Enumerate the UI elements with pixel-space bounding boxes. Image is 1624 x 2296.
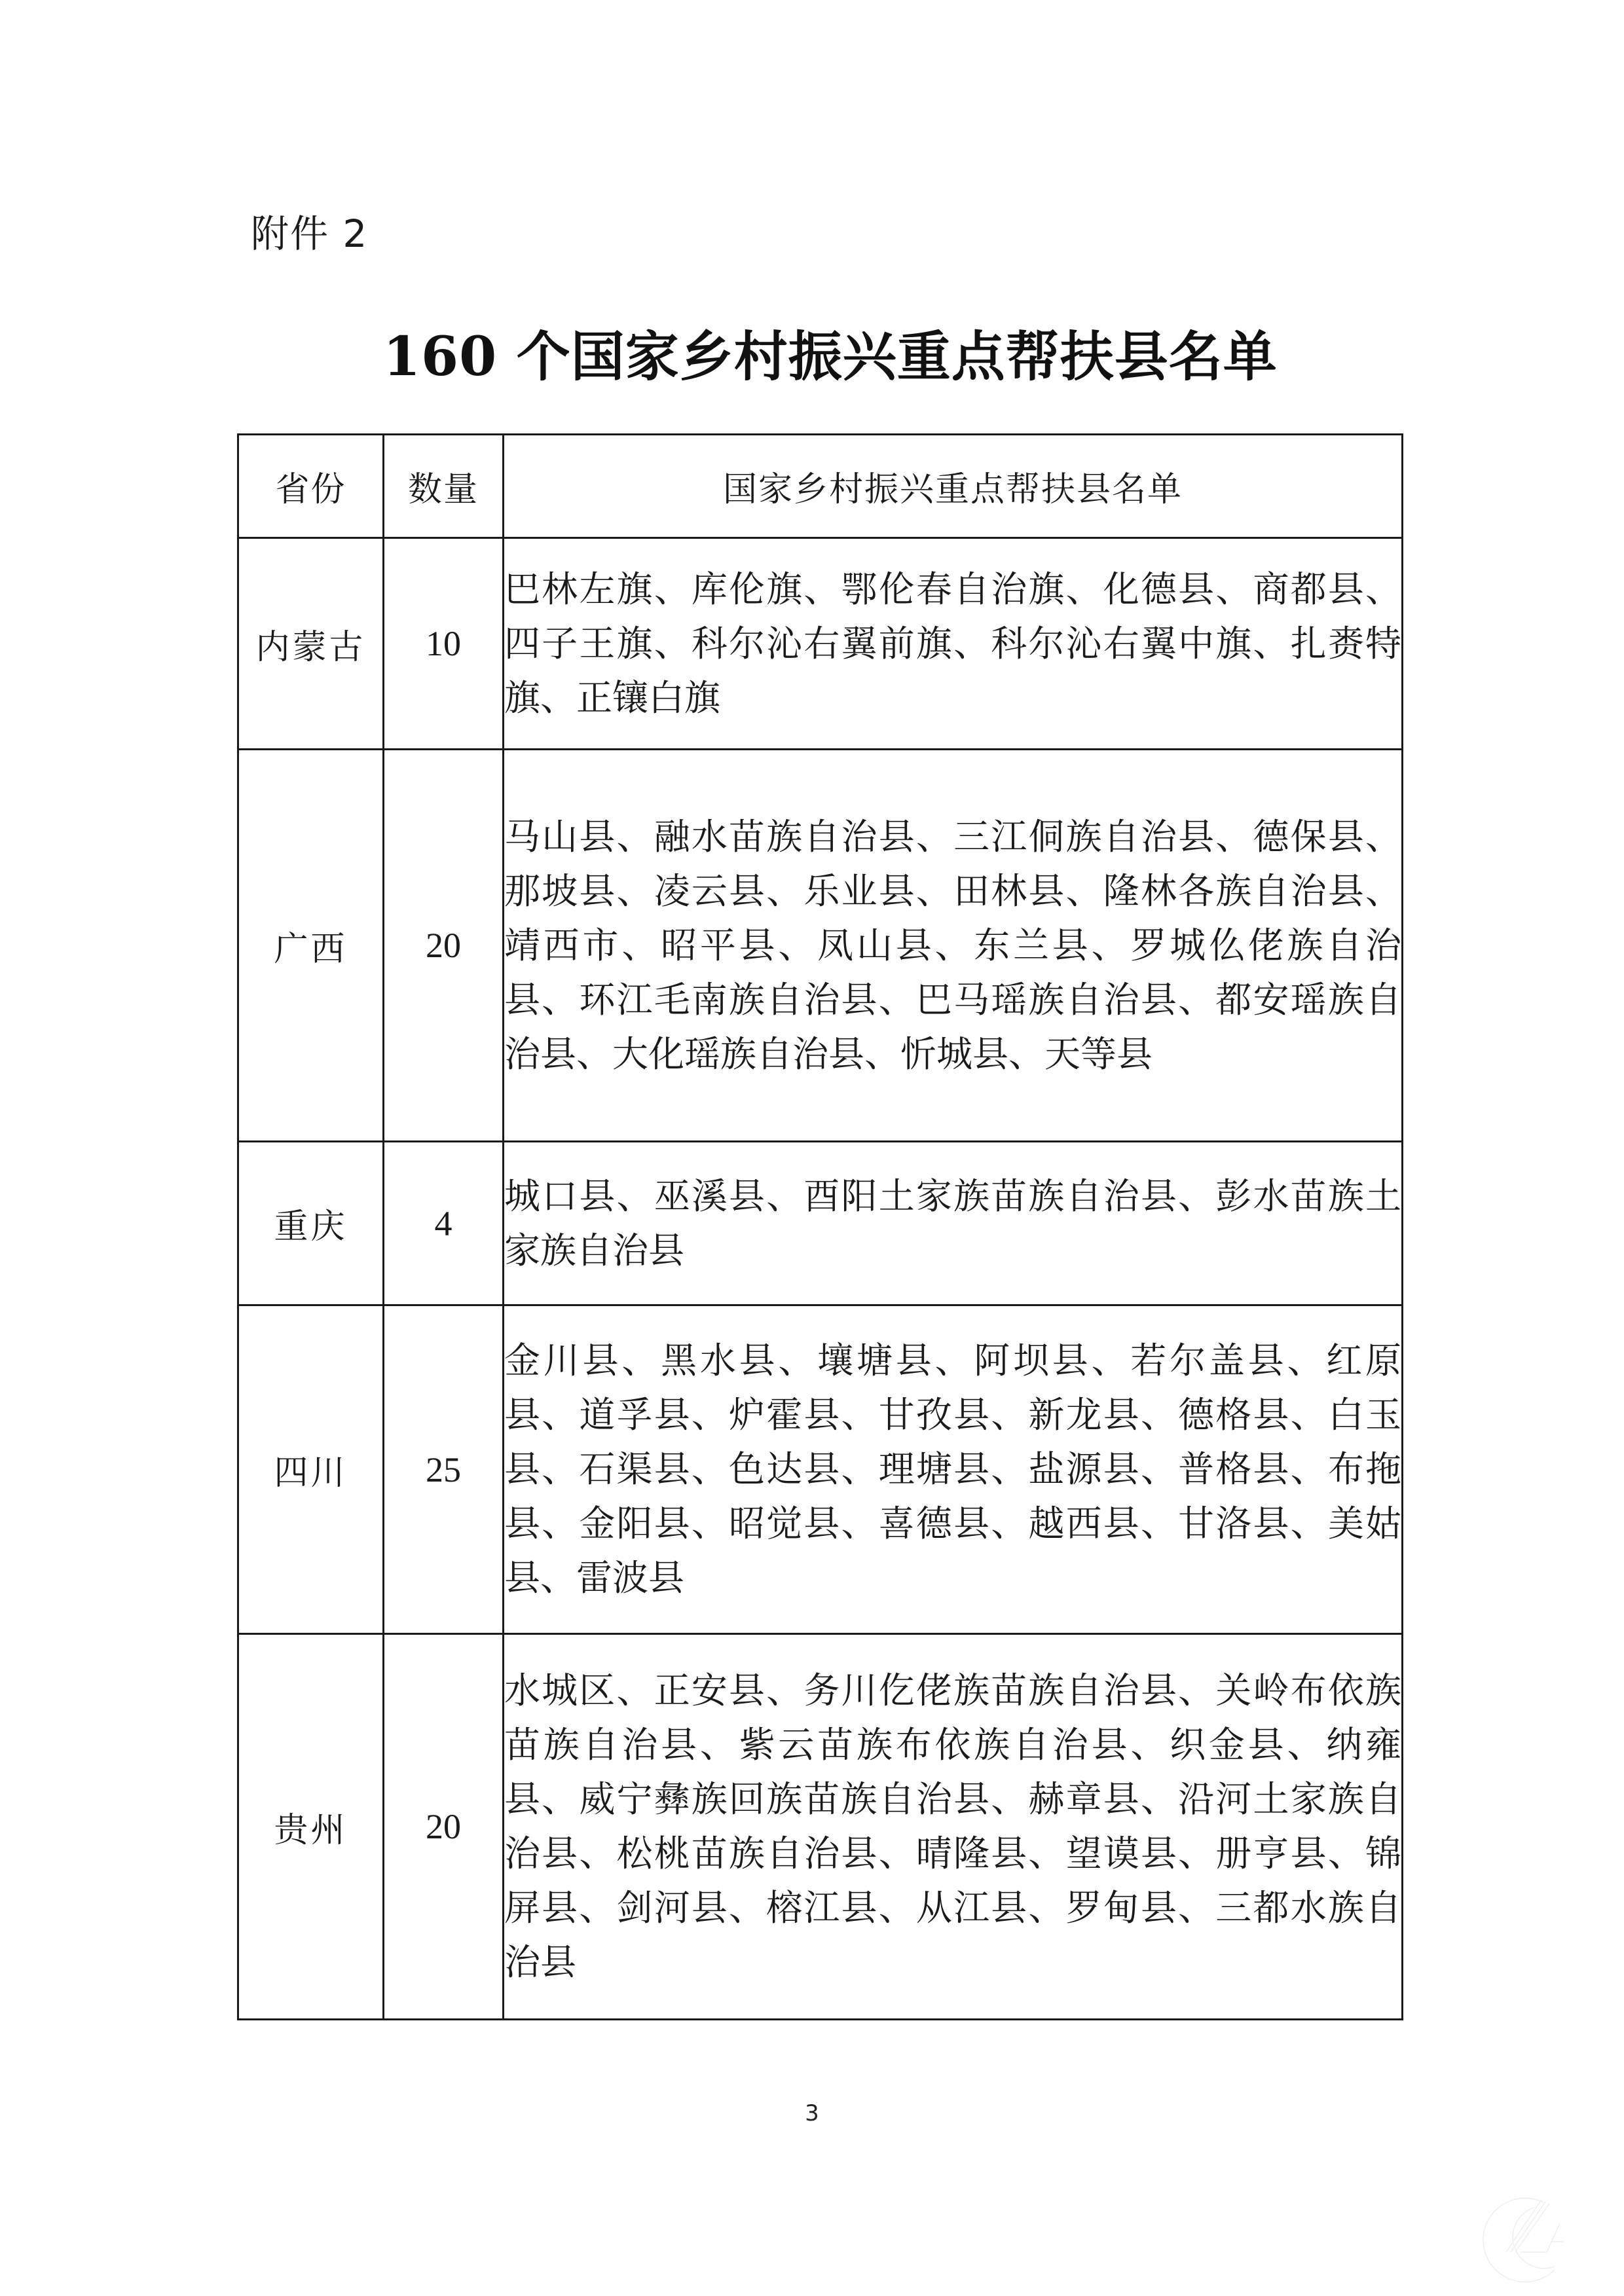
county-list-cell: 巴林左旗、库伦旗、鄂伦春自治旗、化德县、商都县、四子王旗、科尔沁右翼前旗、科尔沁…	[504, 538, 1403, 750]
province-cell: 重庆	[238, 1142, 384, 1305]
page-number: 3	[799, 2100, 825, 2126]
count-cell: 20	[384, 1634, 504, 2020]
province-cell: 四川	[238, 1305, 384, 1634]
county-list-cell: 城口县、巫溪县、酉阳土家族苗族自治县、彭水苗族土家族自治县	[504, 1142, 1403, 1305]
table-row: 广西 20 马山县、融水苗族自治县、三江侗族自治县、德保县、那坡县、凌云县、乐业…	[238, 750, 1403, 1142]
table-row: 内蒙古 10 巴林左旗、库伦旗、鄂伦春自治旗、化德县、商都县、四子王旗、科尔沁右…	[238, 538, 1403, 750]
county-list-cell: 金川县、黑水县、壤塘县、阿坝县、若尔盖县、红原县、道孚县、炉霍县、甘孜县、新龙县…	[504, 1305, 1403, 1634]
logo-watermark-icon	[1481, 2195, 1570, 2283]
province-cell: 内蒙古	[238, 538, 384, 750]
table-row: 重庆 4 城口县、巫溪县、酉阳土家族苗族自治县、彭水苗族土家族自治县	[238, 1142, 1403, 1305]
county-list-cell: 马山县、融水苗族自治县、三江侗族自治县、德保县、那坡县、凌云县、乐业县、田林县、…	[504, 750, 1403, 1142]
county-list-cell: 水城区、正安县、务川仡佬族苗族自治县、关岭布依族苗族自治县、紫云苗族布依族自治县…	[504, 1634, 1403, 2020]
table-row: 贵州 20 水城区、正安县、务川仡佬族苗族自治县、关岭布依族苗族自治县、紫云苗族…	[238, 1634, 1403, 2020]
table-row: 四川 25 金川县、黑水县、壤塘县、阿坝县、若尔盖县、红原县、道孚县、炉霍县、甘…	[238, 1305, 1403, 1634]
header-county-list: 国家乡村振兴重点帮扶县名单	[504, 435, 1403, 538]
header-province: 省份	[238, 435, 384, 538]
attachment-label: 附件 2	[251, 211, 368, 257]
province-cell: 贵州	[238, 1634, 384, 2020]
count-cell: 25	[384, 1305, 504, 1634]
header-count: 数量	[384, 435, 504, 538]
province-cell: 广西	[238, 750, 384, 1142]
count-cell: 20	[384, 750, 504, 1142]
count-cell: 10	[384, 538, 504, 750]
document-page: 附件 2 160 个国家乡村振兴重点帮扶县名单 省份 数量 国家乡村振兴重点帮扶…	[0, 0, 1624, 2296]
count-cell: 4	[384, 1142, 504, 1305]
county-list-table: 省份 数量 国家乡村振兴重点帮扶县名单 内蒙古 10 巴林左旗、库伦旗、鄂伦春自…	[237, 433, 1403, 2020]
document-title: 160 个国家乡村振兴重点帮扶县名单	[383, 321, 1234, 393]
table-header-row: 省份 数量 国家乡村振兴重点帮扶县名单	[238, 435, 1403, 538]
